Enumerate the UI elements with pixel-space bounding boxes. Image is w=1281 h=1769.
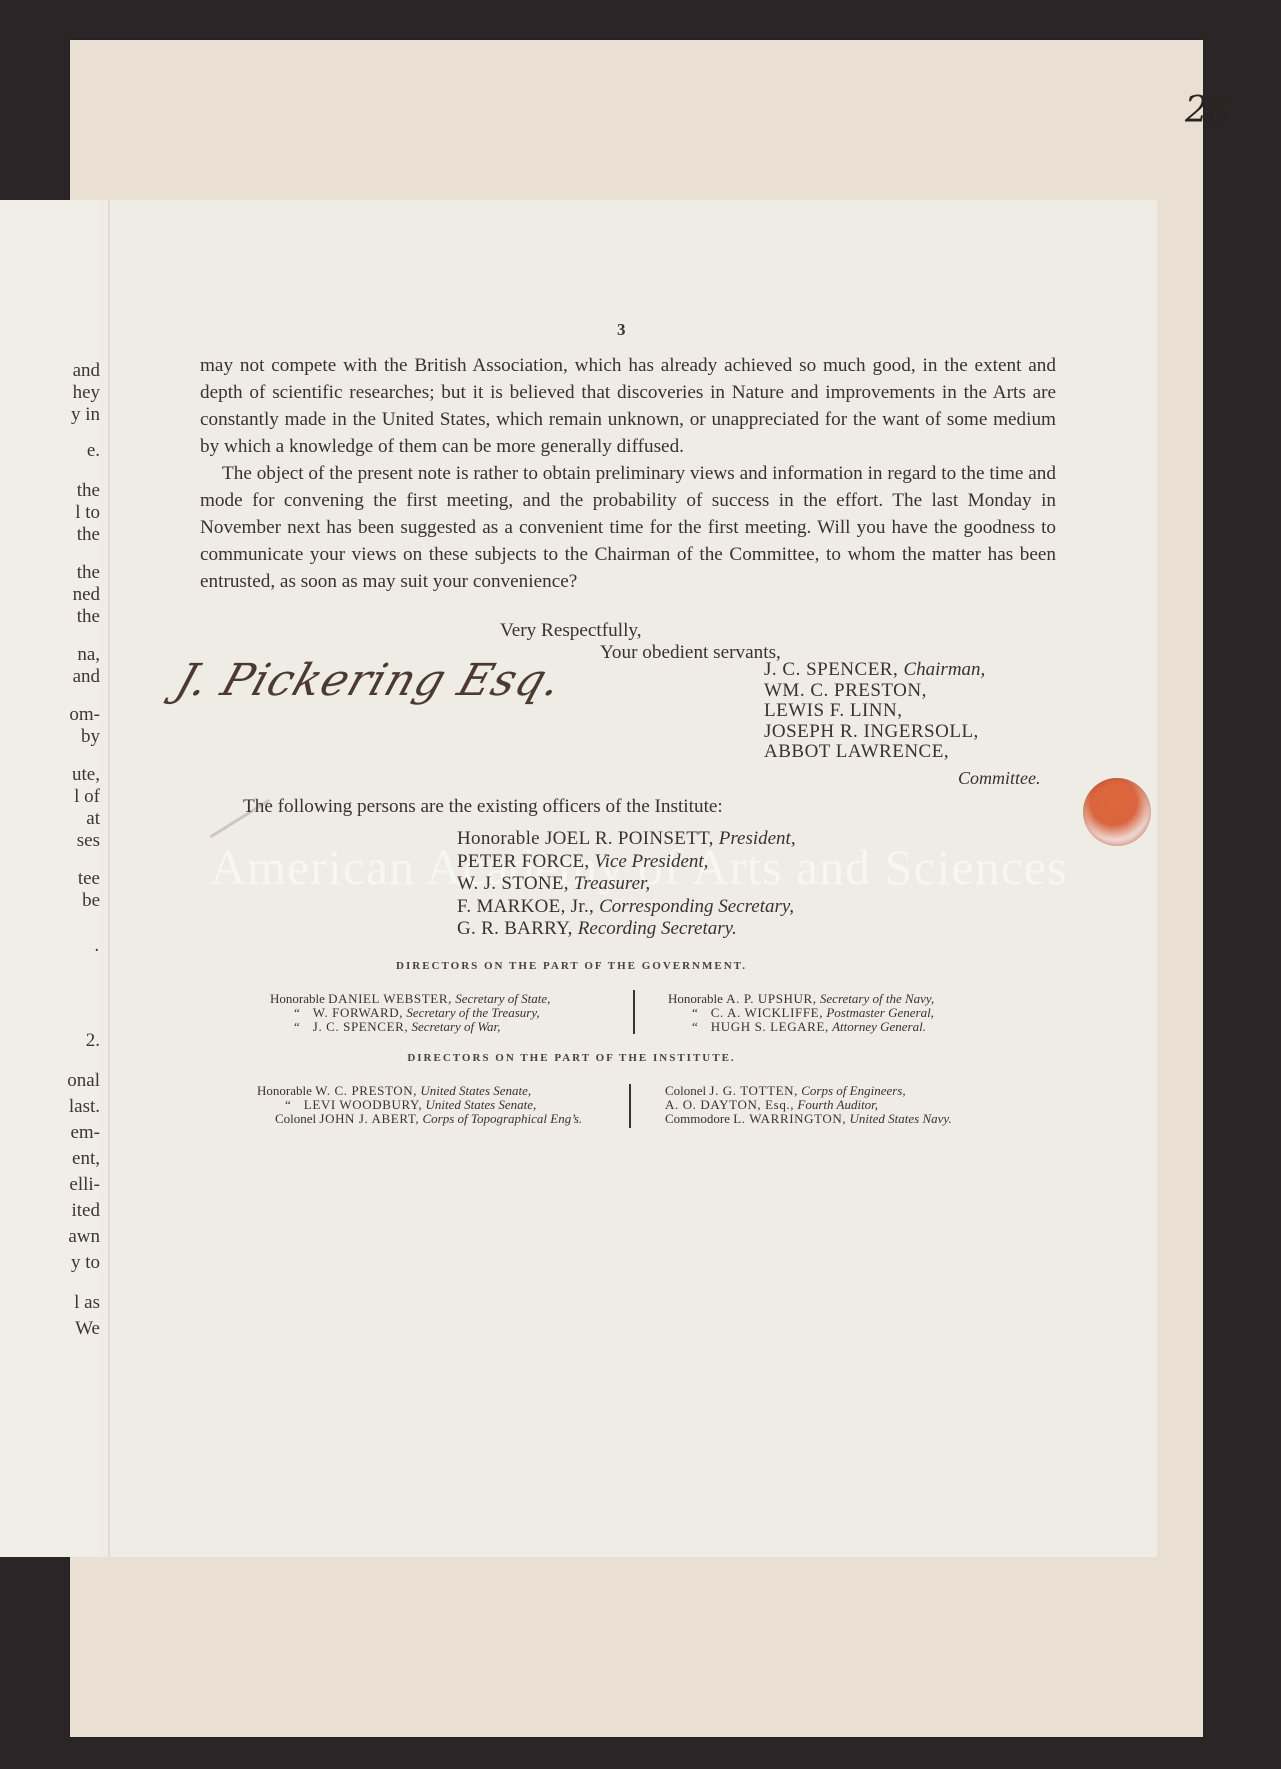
fragment-line: ned: [73, 584, 100, 606]
fragment-line: the: [77, 562, 100, 584]
letter-sheet: andheyy ine.thel tothethenedthena,andom-…: [0, 200, 1157, 1557]
committee-member: ABBOT LAWRENCE,: [764, 742, 985, 763]
left-page-fragment: andheyy ine.thel tothethenedthena,andom-…: [0, 200, 100, 1557]
directors-divider: [633, 990, 635, 1034]
fragment-line: at: [86, 808, 100, 830]
fragment-line: em-: [70, 1122, 100, 1144]
paragraph-1: may not compete with the British Associa…: [200, 352, 1056, 460]
letter-body: may not compete with the British Associa…: [200, 352, 1056, 595]
directors-divider: [629, 1084, 631, 1128]
paragraph-2: The object of the present note is rather…: [200, 460, 1056, 595]
page-fold: [108, 200, 110, 1557]
fragment-line: and: [73, 666, 100, 688]
fragment-line: be: [82, 890, 100, 912]
page-number: 3: [617, 320, 626, 340]
officer: W. J. STONE, Treasurer,: [457, 873, 796, 896]
committee-label: Committee.: [958, 768, 1041, 789]
committee-member: LEWIS F. LINN,: [764, 701, 985, 722]
committee-member: WM. C. PRESTON,: [764, 681, 985, 702]
fragment-line: 2.: [86, 1030, 100, 1052]
fragment-line: elli-: [69, 1174, 100, 1196]
fragment-line: y to: [71, 1252, 100, 1274]
folio-number: 28: [1185, 90, 1231, 131]
committee-member: JOSEPH R. INGERSOLL,: [764, 722, 985, 743]
directors-institute-right: Colonel J. G. TOTTEN, Corps of Engineers…: [665, 1084, 952, 1126]
fragment-line: l to: [75, 502, 100, 524]
handwritten-addressee: J. Pickering Esq.: [170, 655, 569, 706]
committee-member: J. C. SPENCER, Chairman,: [764, 660, 985, 681]
fragment-line: last.: [69, 1096, 100, 1118]
fragment-line: ·: [94, 940, 100, 962]
fragment-line: the: [77, 480, 100, 502]
directors-government-right: Honorable A. P. UPSHUR, Secretary of the…: [668, 992, 934, 1034]
officer: G. R. BARRY, Recording Secretary.: [457, 918, 796, 941]
fragment-line: awn: [68, 1226, 100, 1248]
directors-government-left: Honorable DANIEL WEBSTER, Secretary of S…: [270, 992, 550, 1034]
officers-list: Honorable JOEL R. POINSETT, President, P…: [457, 828, 796, 941]
fragment-line: hey: [73, 382, 100, 404]
fragment-line: ses: [77, 830, 100, 852]
fragment-line: the: [77, 606, 100, 628]
fragment-line: We: [75, 1318, 100, 1340]
officer: PETER FORCE, Vice President,: [457, 851, 796, 874]
fragment-line: l of: [74, 786, 100, 808]
fragment-line: ited: [72, 1200, 101, 1222]
officers-intro: The following persons are the existing o…: [243, 796, 723, 818]
fragment-line: l as: [74, 1292, 100, 1314]
fragment-line: ent,: [72, 1148, 100, 1170]
fragment-line: tee: [78, 868, 100, 890]
wax-seal: [1083, 778, 1151, 846]
fragment-line: e.: [87, 440, 100, 462]
closing: Very Respectfully,: [500, 620, 642, 642]
fragment-line: na,: [77, 644, 100, 666]
directors-institute-heading: DIRECTORS ON THE PART OF THE INSTITUTE.: [0, 1052, 1150, 1064]
directors-government-heading: DIRECTORS ON THE PART OF THE GOVERNMENT.: [0, 960, 1150, 972]
fragment-line: om-: [69, 704, 100, 726]
fragment-line: and: [73, 360, 100, 382]
fragment-line: onal: [67, 1070, 100, 1092]
directors-institute-left: Honorable W. C. PRESTON, United States S…: [257, 1084, 582, 1126]
fragment-line: the: [77, 524, 100, 546]
fragment-line: by: [81, 726, 100, 748]
fragment-line: y in: [71, 404, 100, 426]
committee-list: J. C. SPENCER, Chairman, WM. C. PRESTON,…: [764, 660, 985, 763]
valediction: Your obedient servants,: [600, 642, 781, 664]
officer: Honorable JOEL R. POINSETT, President,: [457, 828, 796, 851]
fragment-line: ute,: [72, 764, 100, 786]
officer: F. MARKOE, Jr., Corresponding Secretary,: [457, 896, 796, 919]
